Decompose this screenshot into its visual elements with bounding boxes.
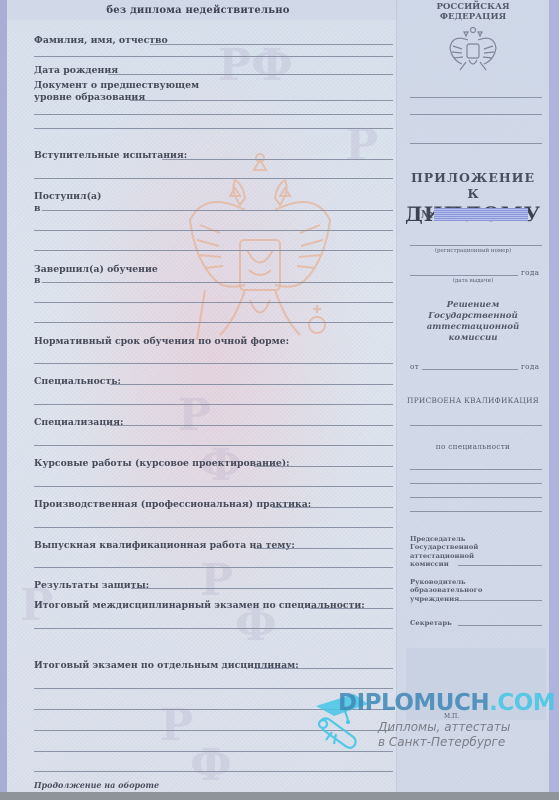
stamp-mark: М.П. — [444, 713, 459, 720]
coursework-field[interactable] — [254, 466, 393, 467]
signature-label-line: образовательного — [410, 586, 482, 594]
final-exams-field-line2[interactable] — [34, 688, 393, 689]
country-line1: РОССИЙСКАЯ — [397, 2, 549, 12]
practice-field[interactable] — [272, 507, 393, 508]
qualification-heading: ПРИСВОЕНА КВАЛИФИКАЦИЯ — [397, 396, 549, 405]
secretary-signature-field[interactable] — [458, 625, 542, 626]
decision-year-word: года — [521, 362, 539, 371]
title-prefix: К — [467, 186, 478, 201]
issue-date-caption: (дата выдачи) — [397, 278, 549, 284]
issue-year-word: года — [521, 268, 539, 277]
thesis-field-line2[interactable] — [34, 567, 393, 568]
coursework-field-line2[interactable] — [34, 486, 393, 487]
admitted-field-line3[interactable] — [34, 250, 393, 251]
label-prev-doc-2: уровне образования — [34, 92, 145, 103]
study-term-field[interactable] — [34, 363, 393, 364]
label-practice: Производственная (профессиональная) прак… — [34, 499, 311, 510]
rf-watermark-icon: Р — [200, 555, 233, 606]
admitted-field[interactable] — [42, 210, 393, 211]
admitted-field-line2[interactable] — [34, 230, 393, 231]
final-exams-field[interactable] — [254, 668, 393, 669]
right-specialty-field-line3[interactable] — [410, 497, 542, 498]
reg-number-caption: (регистрационный номер) — [397, 248, 549, 254]
decision-line: Государственной — [397, 311, 549, 322]
label-specialization: Специализация: — [34, 417, 123, 428]
defense-field[interactable] — [131, 588, 393, 589]
issue-date-field[interactable] — [410, 275, 518, 276]
decision-block: Решением Государственной аттестационной … — [397, 300, 549, 344]
qualification-field[interactable] — [410, 425, 542, 426]
signature-label-line: Председатель — [410, 535, 478, 543]
rf-watermark-icon: Ф — [190, 740, 232, 791]
right-specialty-field-line4[interactable] — [410, 511, 542, 512]
label-prev-doc: Документ о предшествующем — [34, 80, 199, 91]
signature-label-commission-chair: Председатель Государственной аттестацион… — [410, 535, 478, 569]
brand-part2: .COM — [489, 690, 555, 716]
left-border-strip — [0, 0, 7, 792]
birth-date-field[interactable] — [108, 74, 393, 75]
signature-label-line: Руководитель — [410, 578, 482, 586]
signature-label-line: аттестационной — [410, 552, 478, 560]
label-admitted: Поступил(а) — [34, 191, 101, 202]
label-study-term: Нормативный срок обучения по очной форме… — [34, 336, 289, 347]
full-name-field[interactable] — [150, 44, 393, 45]
right-top-line-3 — [410, 143, 542, 144]
prev-doc-field-line2[interactable] — [34, 114, 393, 115]
completed-field[interactable] — [42, 282, 393, 283]
label-birth-date: Дата рождения — [34, 65, 118, 76]
label-coursework: Курсовые работы (курсовое проектирование… — [34, 458, 290, 469]
specialty-field-line2[interactable] — [34, 404, 393, 405]
watermark-tagline-2: в Санкт-Петербурге — [378, 735, 505, 749]
entrance-tests-field[interactable] — [162, 159, 393, 160]
number-sign: № — [421, 208, 433, 221]
double-headed-eagle-emblem-icon — [185, 150, 335, 365]
site-watermark: DIPLOMUCH.COM М.П. Дипломы, аттестаты в … — [316, 690, 556, 765]
rf-watermark-icon: Р — [178, 390, 211, 441]
prev-doc-field-line3[interactable] — [34, 128, 393, 129]
right-top-line-2 — [410, 114, 542, 115]
completed-prefix: в — [34, 275, 40, 286]
specialization-field-line2[interactable] — [34, 445, 393, 446]
final-exams-field-line6[interactable] — [34, 771, 393, 772]
label-defense: Результаты защиты: — [34, 580, 149, 591]
completed-field-line3[interactable] — [34, 322, 393, 323]
interdisc-exam-field-line2[interactable] — [34, 628, 393, 629]
registration-number-field[interactable] — [434, 208, 528, 221]
decision-line: аттестационной — [397, 322, 549, 333]
continuation-note: Продолжение на обороте — [34, 780, 159, 790]
right-specialty-field[interactable] — [410, 469, 542, 470]
right-specialty-field-line2[interactable] — [410, 483, 542, 484]
rf-watermark-icon: Р — [160, 700, 193, 751]
signature-label-secretary: Секретарь — [410, 619, 452, 627]
label-thesis: Выпускная квалификационная работа на тем… — [34, 540, 295, 551]
completed-field-line2[interactable] — [34, 302, 393, 303]
reg-number-line[interactable] — [410, 245, 542, 246]
decision-line: Решением — [397, 300, 549, 311]
label-final-exams: Итоговый экзамен по отдельным дисциплина… — [34, 660, 299, 671]
institution-head-signature-field[interactable] — [458, 600, 542, 601]
label-specialty: Специальность: — [34, 376, 121, 387]
decision-date-field[interactable] — [422, 369, 518, 370]
label-completed: Завершил(а) обучение — [34, 264, 158, 275]
signature-label-line: Государственной — [410, 543, 478, 551]
prev-doc-field[interactable] — [130, 100, 393, 101]
specialty-heading: по специальности — [397, 442, 549, 451]
decision-line: комиссии — [397, 333, 549, 344]
admitted-prefix: в — [34, 203, 40, 214]
country-line2: ФЕДЕРАЦИЯ — [397, 12, 549, 22]
rf-watermark-icon: РФ — [218, 40, 293, 91]
practice-field-line2[interactable] — [34, 527, 393, 528]
validity-note: без диплома недействительно — [0, 5, 396, 16]
commission-chair-signature-field[interactable] — [458, 565, 542, 566]
entrance-tests-field-line2[interactable] — [34, 178, 393, 179]
specialty-field[interactable] — [110, 384, 393, 385]
scan-bottom-edge — [0, 792, 559, 800]
label-interdisc-exam: Итоговый междисциплинарный экзамен по сп… — [34, 600, 365, 611]
right-top-line-1 — [410, 97, 542, 98]
brand-part1: DIPLOMUCH — [338, 690, 489, 716]
full-name-field-line2[interactable] — [34, 56, 393, 57]
right-border-strip — [549, 0, 559, 792]
interdisc-exam-field[interactable] — [310, 608, 393, 609]
label-full-name: Фамилия, имя, отчество — [34, 35, 168, 46]
watermark-tagline-1: Дипломы, аттестаты — [378, 720, 510, 734]
thesis-field[interactable] — [254, 548, 393, 549]
coat-of-arms-icon — [448, 26, 498, 72]
specialization-field[interactable] — [110, 425, 393, 426]
decision-from-word: от — [410, 362, 419, 371]
country-name: РОССИЙСКАЯ ФЕДЕРАЦИЯ — [397, 2, 549, 22]
